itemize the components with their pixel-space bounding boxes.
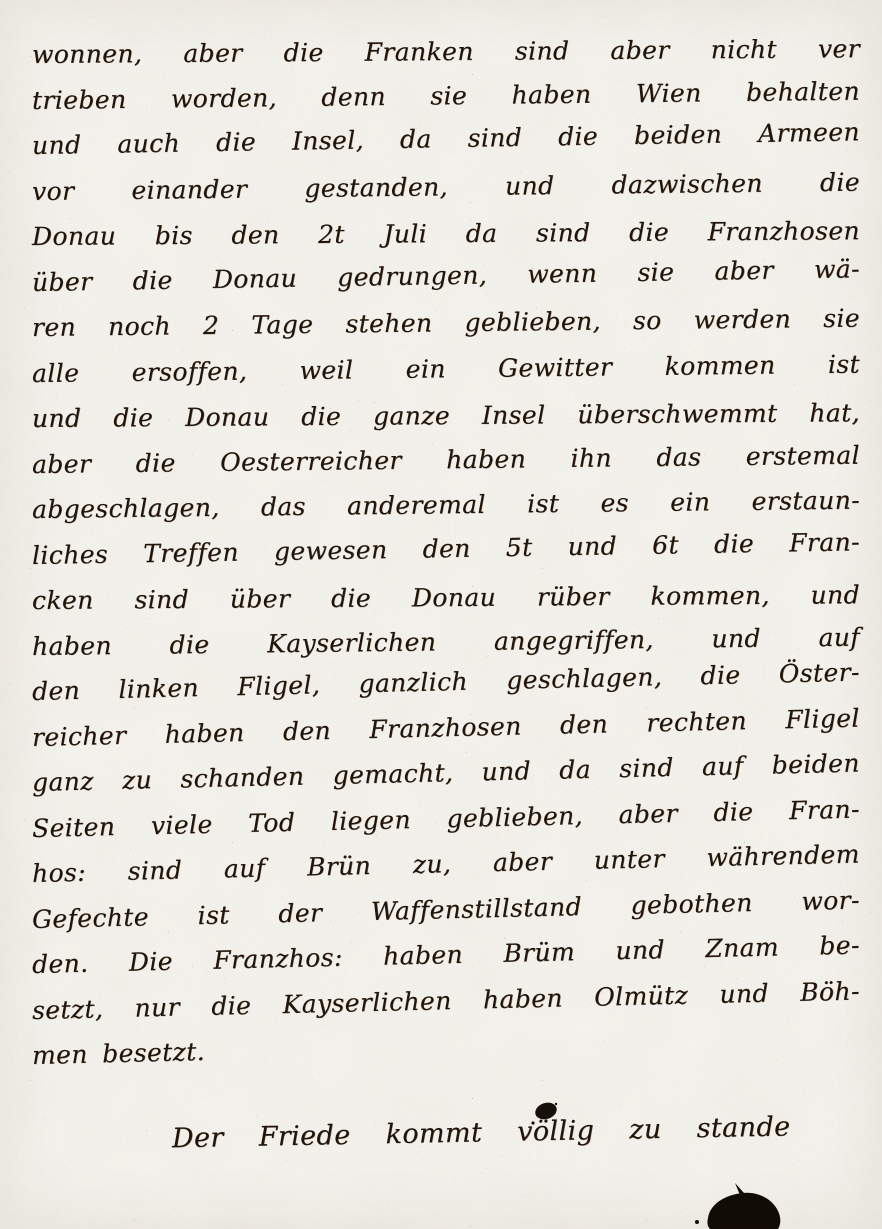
manuscript-page: wonnen, aber die Franken sind aber nicht… xyxy=(0,0,882,1229)
large-ink-blot-icon xyxy=(695,1183,780,1229)
manuscript-line: vor einander gestanden, und dazwischen d… xyxy=(32,159,860,214)
manuscript-line: alle ersoffen, weil ein Gewitter kommen … xyxy=(32,341,860,396)
manuscript-text: wonnen, aber die Franken sind aber nicht… xyxy=(32,32,860,1164)
manuscript-closing-line: Der Friede kommt völlig zu stande xyxy=(32,1103,861,1164)
